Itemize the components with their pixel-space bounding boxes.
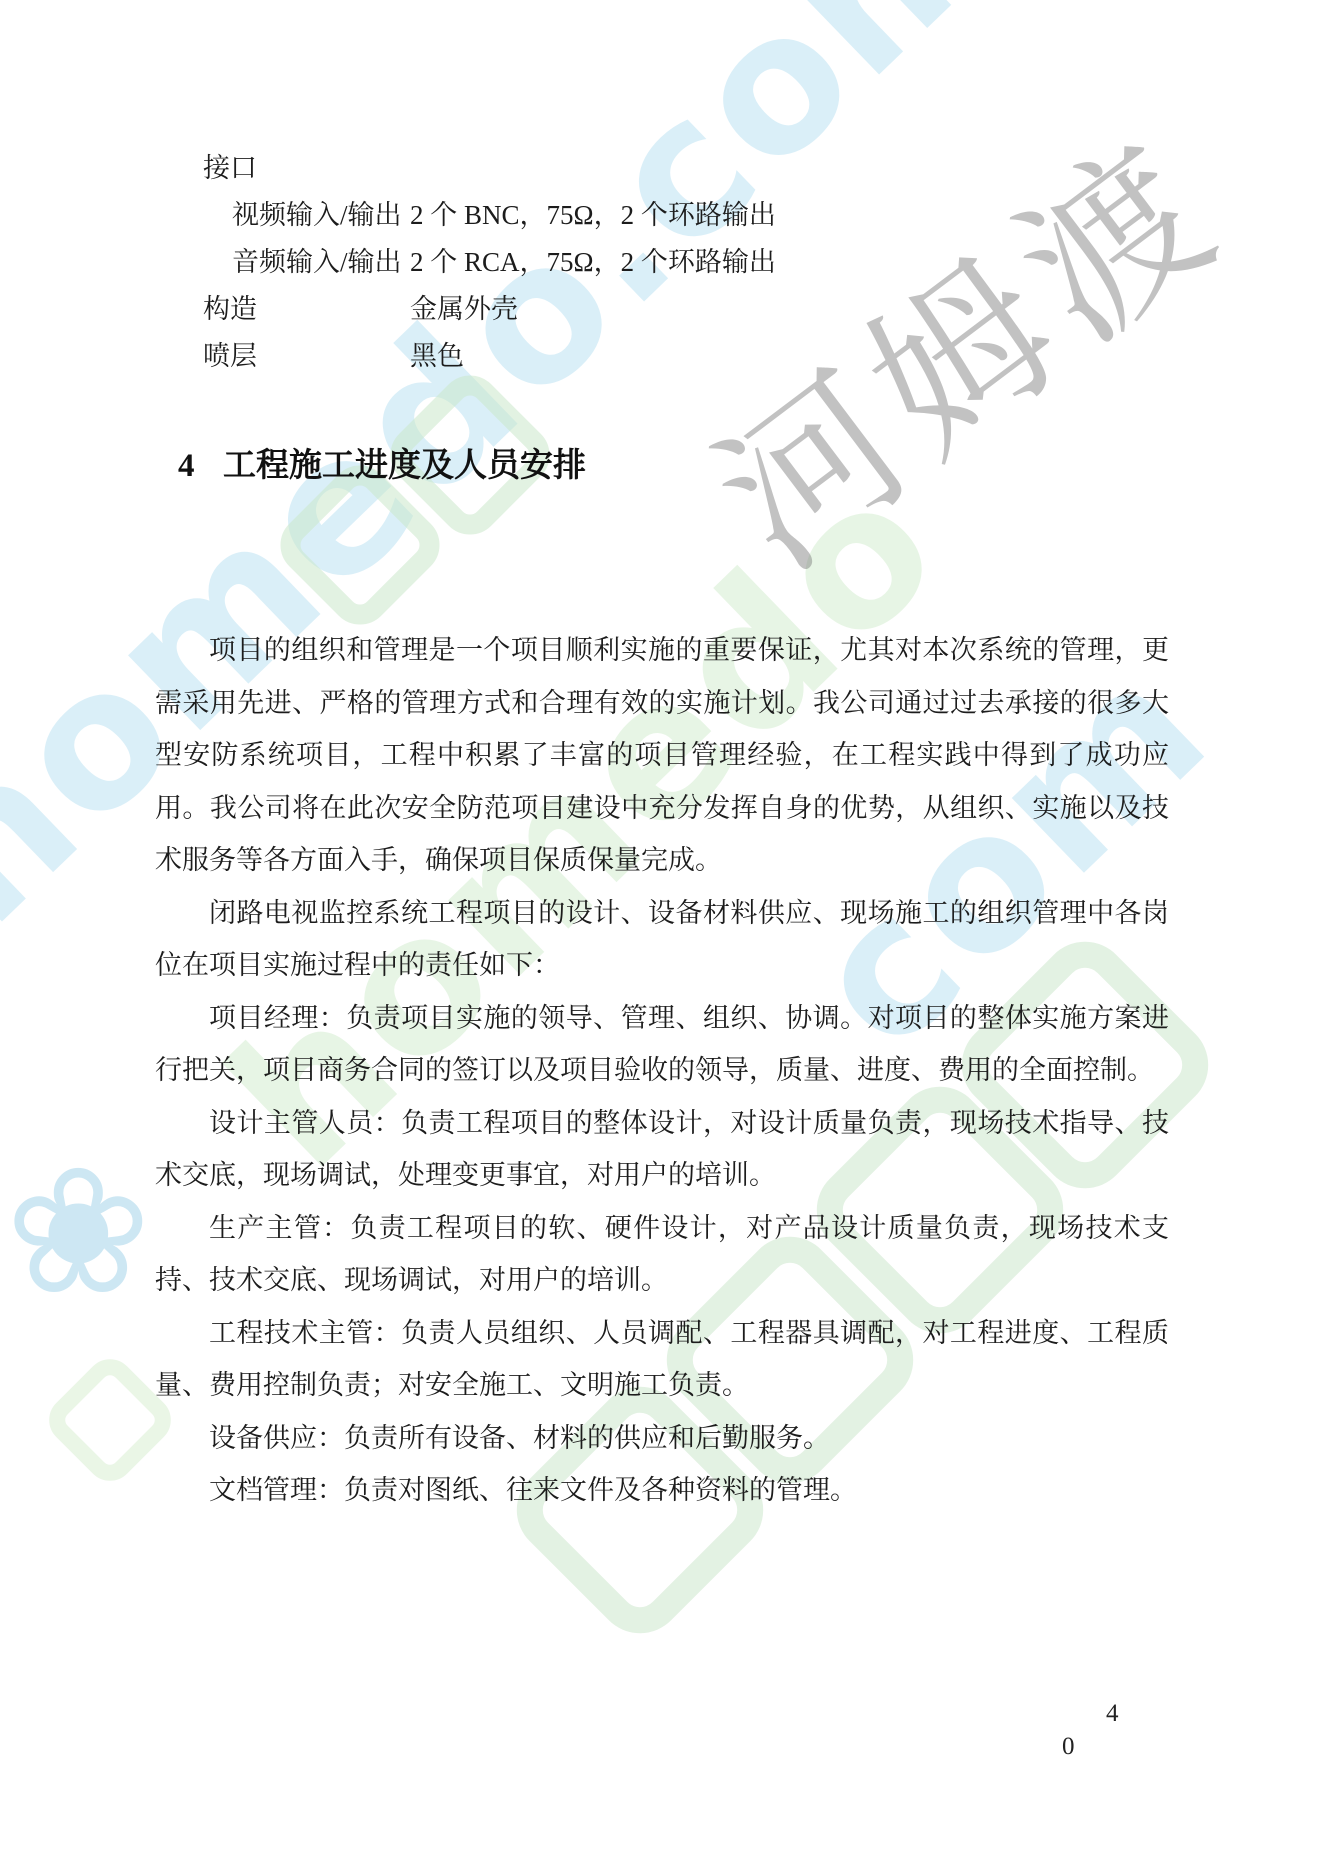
section-title: 工程施工进度及人员安排 [223, 448, 586, 484]
section-number: 4 [155, 448, 223, 485]
spec-label: 构造 [155, 287, 410, 326]
body-paragraphs: 项目的组织和管理是一个项目顺利实施的重要保证，尤其对本次系统的管理，更需采用先进… [155, 624, 1169, 1517]
spec-value: 2 个 RCA，75Ω，2 个环路输出 [410, 240, 776, 279]
spec-value: 2 个 BNC，75Ω，2 个环路输出 [410, 193, 776, 232]
spec-row: 视频输入/输出 2 个 BNC，75Ω，2 个环路输出 [155, 189, 1169, 236]
paragraph: 工程技术主管：负责人员组织、人员调配、工程器具调配，对工程进度、工程质量、费用控… [155, 1307, 1169, 1412]
paragraph: 项目的组织和管理是一个项目顺利实施的重要保证，尤其对本次系统的管理，更需采用先进… [155, 624, 1169, 887]
page-number: 4 [1106, 1700, 1119, 1728]
paragraph: 文档管理：负责对图纸、往来文件及各种资料的管理。 [155, 1464, 1169, 1517]
spec-row: 接口 [155, 142, 1169, 189]
spec-list: 接口 视频输入/输出 2 个 BNC，75Ω，2 个环路输出 音频输入/输出 2… [155, 142, 1169, 377]
spec-label: 接口 [155, 146, 410, 185]
spec-value: 黑色 [410, 334, 464, 373]
document-page: homedo.com homedo com 河姆渡 ❀ 接口 视频输入/输出 2… [0, 0, 1323, 1871]
section-heading: 4工程施工进度及人员安排 [155, 439, 1169, 486]
page-number-secondary: 0 [1062, 1733, 1075, 1761]
paragraph: 项目经理：负责项目实施的领导、管理、组织、协调。对项目的整体实施方案进行把关，项… [155, 992, 1169, 1097]
spec-label: 视频输入/输出 [155, 193, 410, 232]
paragraph: 生产主管：负责工程项目的软、硬件设计，对产品设计质量负责，现场技术支持、技术交底… [155, 1202, 1169, 1307]
spec-label: 音频输入/输出 [155, 240, 410, 279]
spec-value: 金属外壳 [410, 287, 518, 326]
paragraph: 设备供应：负责所有设备、材料的供应和后勤服务。 [155, 1412, 1169, 1465]
paragraph: 设计主管人员：负责工程项目的整体设计，对设计质量负责，现场技术指导、技术交底，现… [155, 1097, 1169, 1202]
watermark-flower-icon: ❀ [5, 1145, 152, 1320]
spec-row: 喷层 黑色 [155, 330, 1169, 377]
document-content: 接口 视频输入/输出 2 个 BNC，75Ω，2 个环路输出 音频输入/输出 2… [155, 0, 1169, 1517]
spec-label: 喷层 [155, 334, 410, 373]
paragraph: 闭路电视监控系统工程项目的设计、设备材料供应、现场施工的组织管理中各岗位在项目实… [155, 887, 1169, 992]
spec-row: 音频输入/输出 2 个 RCA，75Ω，2 个环路输出 [155, 236, 1169, 283]
spec-row: 构造 金属外壳 [155, 283, 1169, 330]
